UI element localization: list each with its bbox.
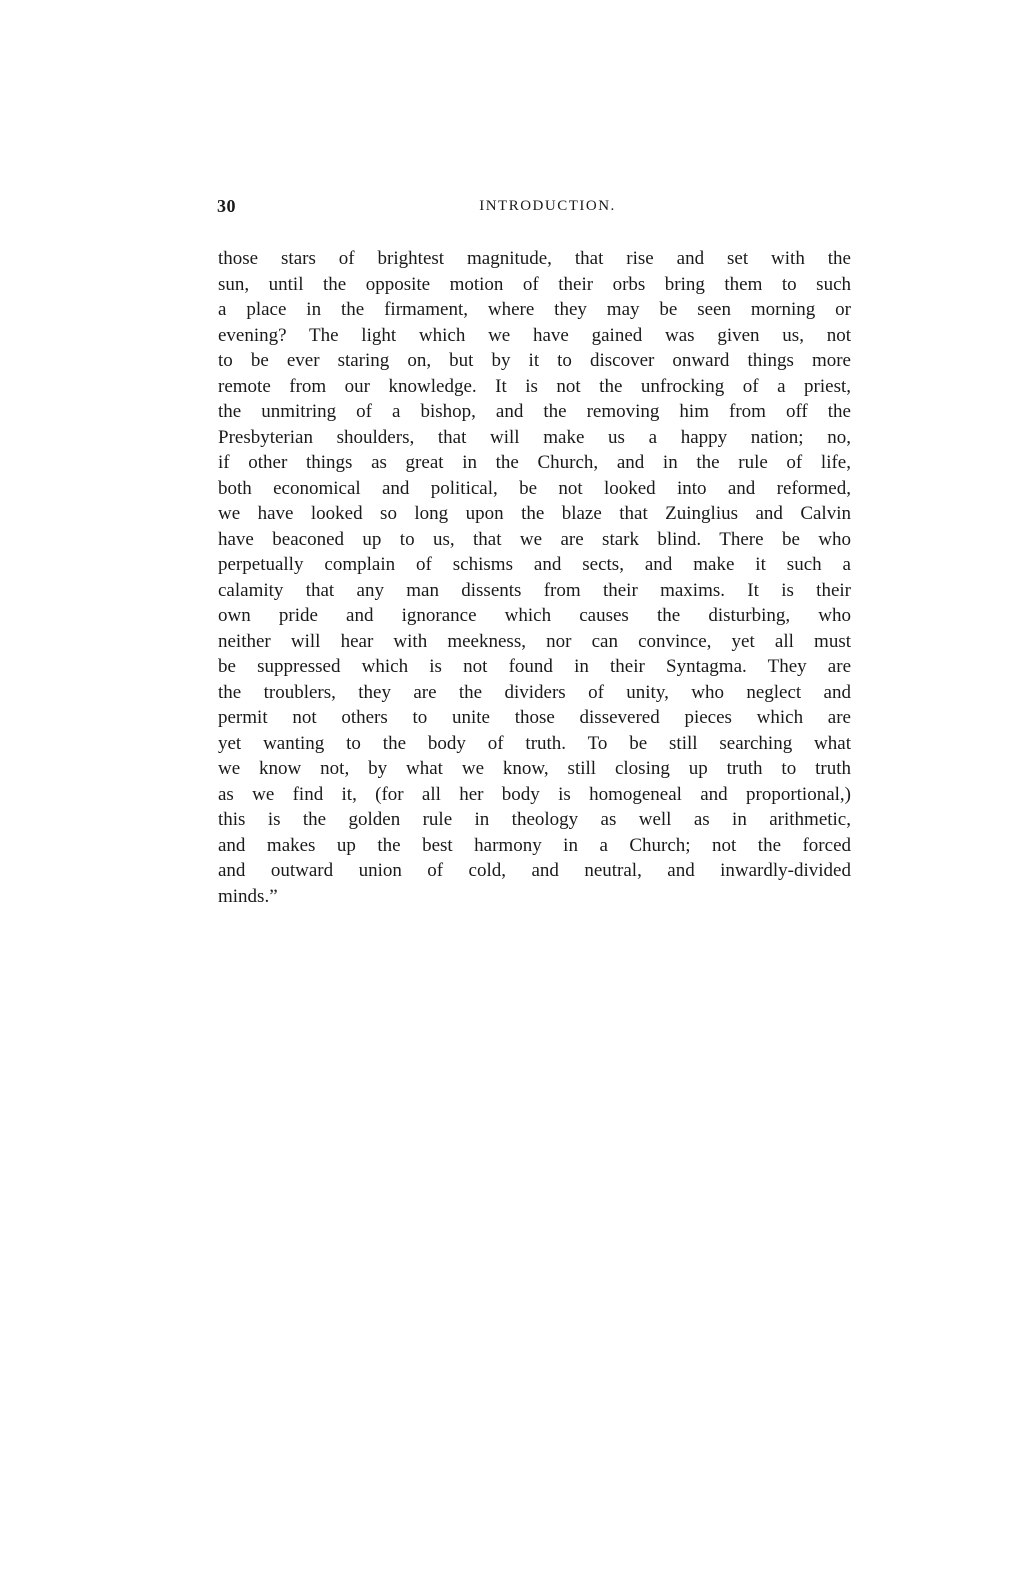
text-line: and makes up the best harmony in a Churc… (218, 833, 851, 859)
text-line: the unmitring of a bishop, and the remov… (218, 399, 851, 425)
text-line: this is the golden rule in theology as w… (218, 807, 851, 833)
running-head: 30 INTRODUCTION. (217, 196, 850, 220)
text-line: if other things as great in the Church, … (218, 450, 851, 476)
text-line: a place in the firmament, where they may… (218, 297, 851, 323)
text-line: calamity that any man dissents from thei… (218, 578, 851, 604)
chapter-title: INTRODUCTION. (217, 198, 850, 215)
text-line: neither will hear with meekness, nor can… (218, 629, 851, 655)
text-line: be suppressed which is not found in thei… (218, 654, 851, 680)
text-line: to be ever staring on, but by it to disc… (218, 348, 851, 374)
text-line: we know not, by what we know, still clos… (218, 756, 851, 782)
book-page: 30 INTRODUCTION. those stars of brightes… (0, 0, 1011, 1580)
text-line: and outward union of cold, and neutral, … (218, 858, 851, 884)
text-line: both economical and political, be not lo… (218, 476, 851, 502)
text-line: those stars of brightest magnitude, that… (218, 246, 851, 272)
text-line: have beaconed up to us, that we are star… (218, 527, 851, 553)
text-line: yet wanting to the body of truth. To be … (218, 731, 851, 757)
body-text: those stars of brightest magnitude, that… (218, 246, 851, 909)
text-line: sun, until the opposite motion of their … (218, 272, 851, 298)
text-line: we have looked so long upon the blaze th… (218, 501, 851, 527)
text-line: as we find it, (for all her body is homo… (218, 782, 851, 808)
text-line: Presbyterian shoulders, that will make u… (218, 425, 851, 451)
text-line: the troublers, they are the dividers of … (218, 680, 851, 706)
text-line-final: minds.” (218, 884, 851, 910)
text-line: evening? The light which we have gained … (218, 323, 851, 349)
text-line: own pride and ignorance which causes the… (218, 603, 851, 629)
text-line: perpetually complain of schisms and sect… (218, 552, 851, 578)
text-line: permit not others to unite those disseve… (218, 705, 851, 731)
text-line: remote from our knowledge. It is not the… (218, 374, 851, 400)
